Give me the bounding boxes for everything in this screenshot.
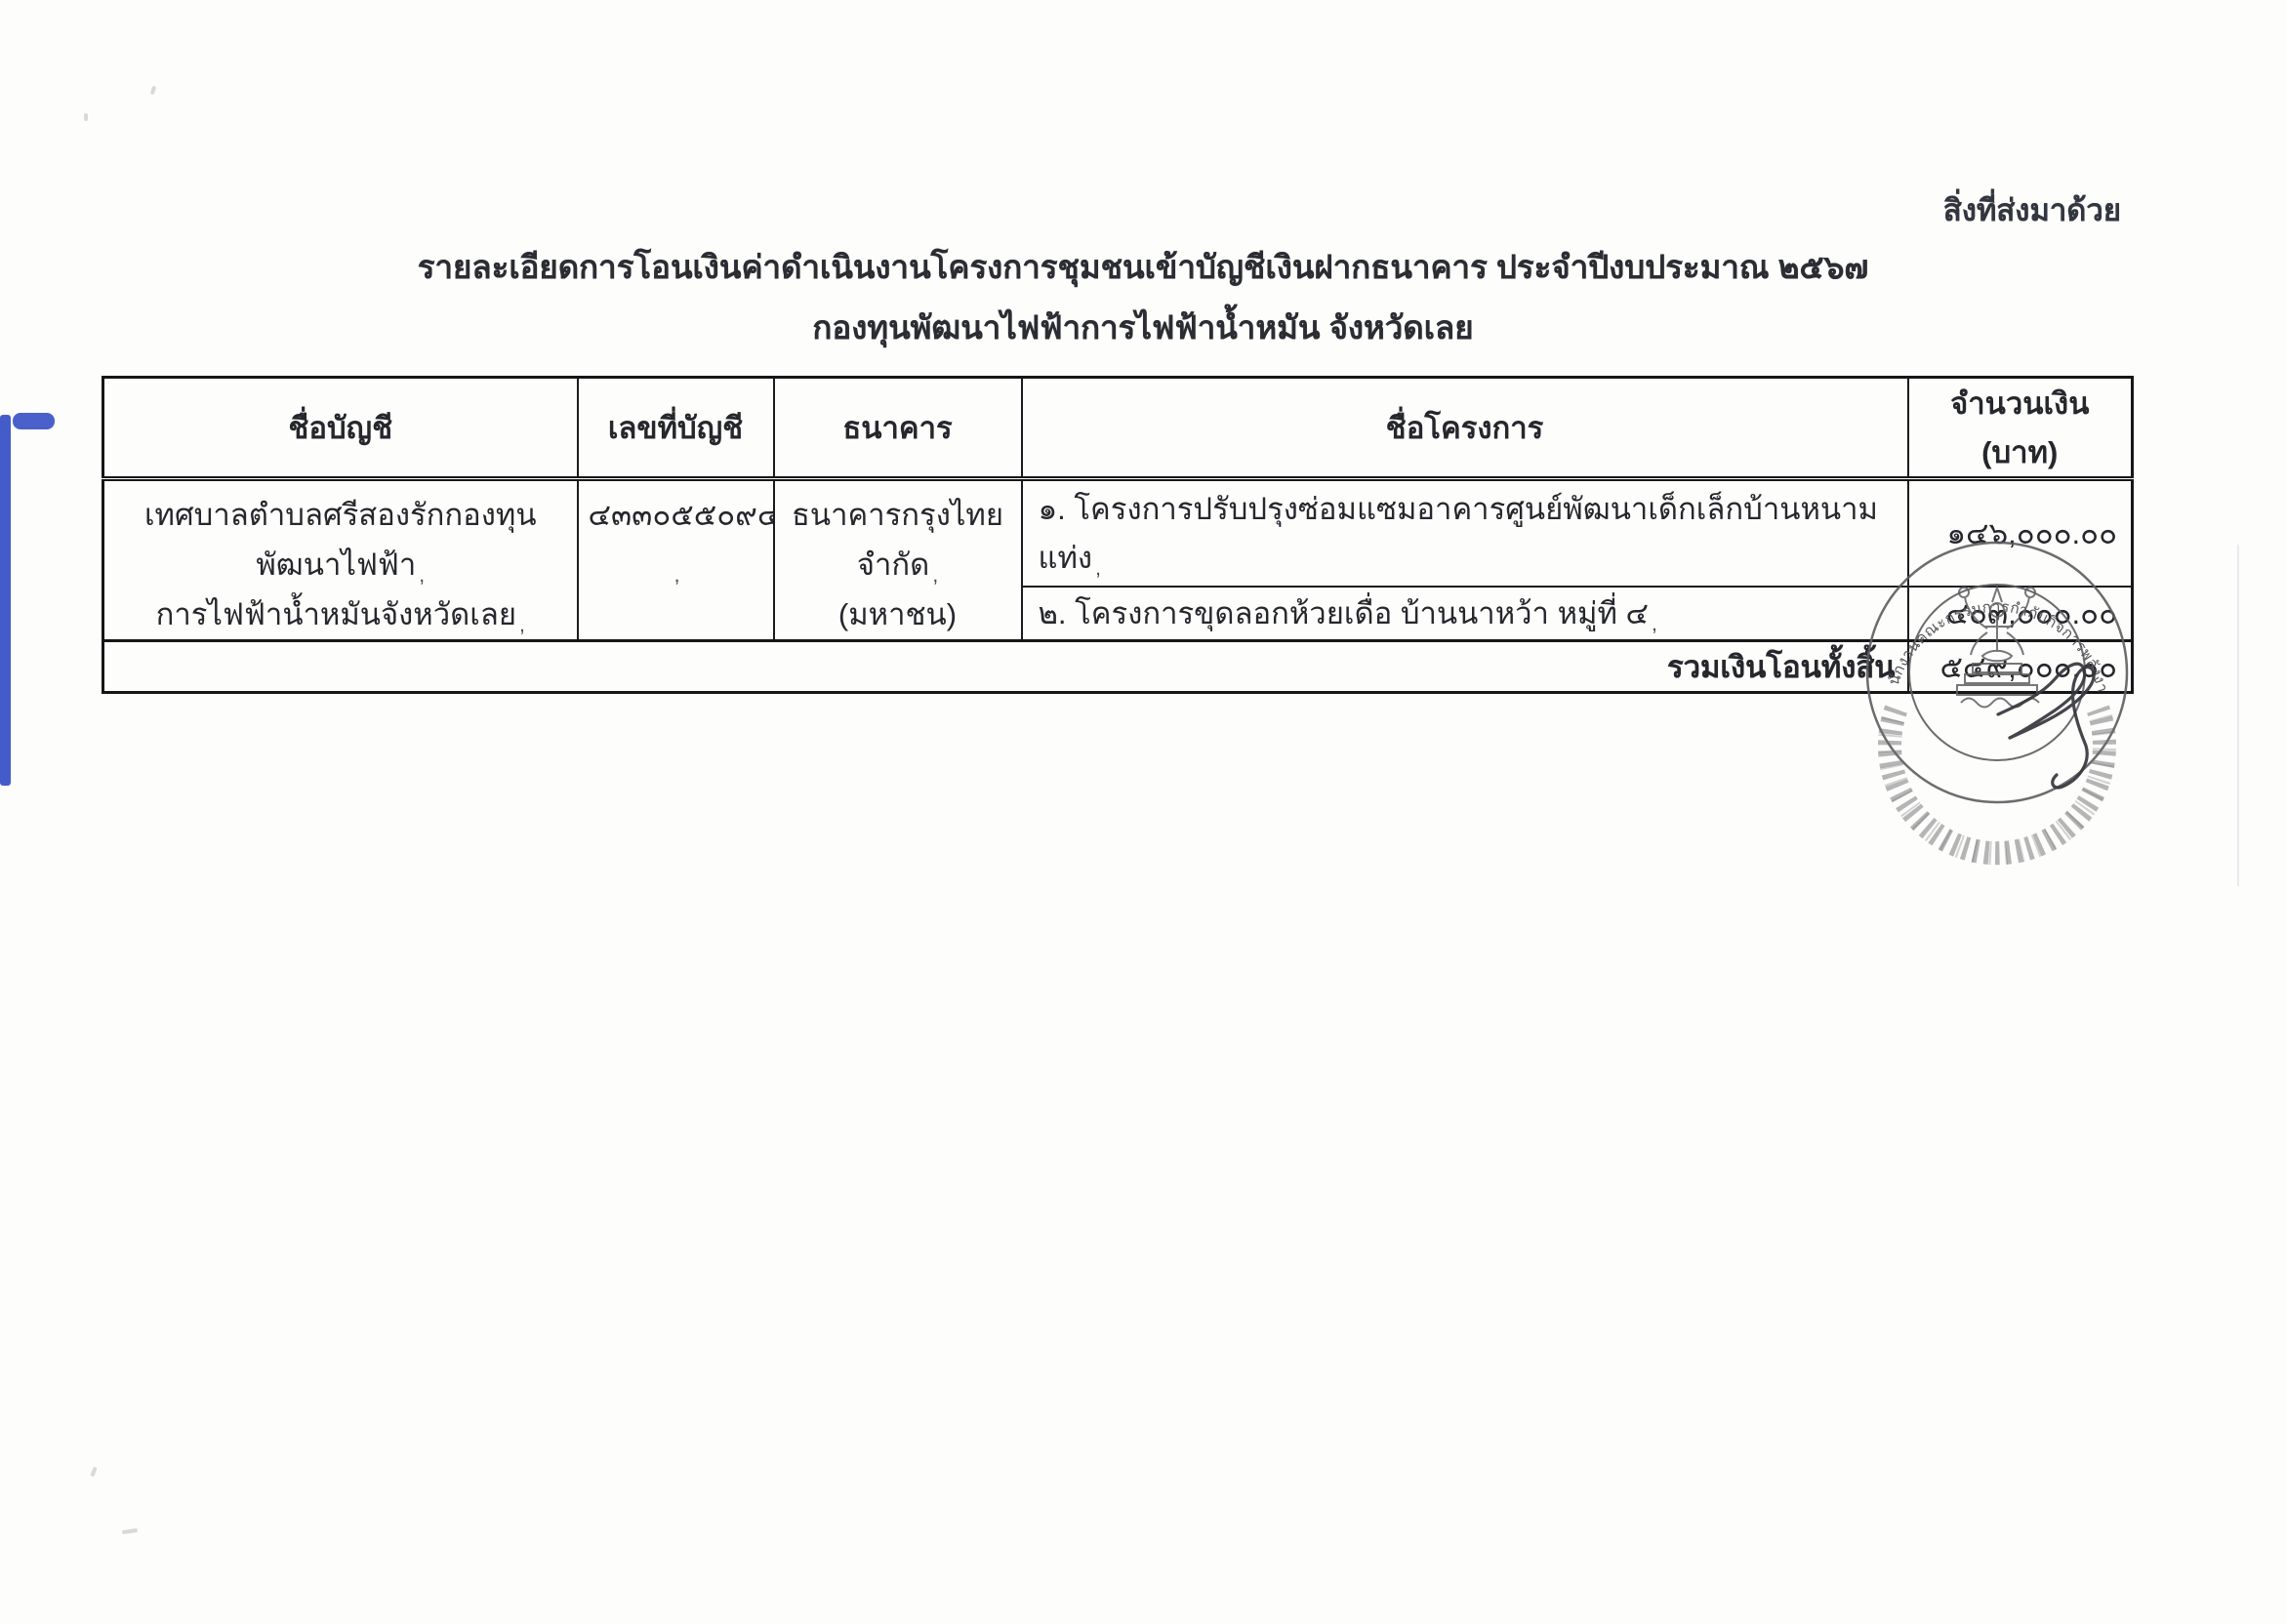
transfer-details-table: ชื่อบัญชี เลขที่บัญชี ธนาคาร ชื่อโครงการ… xyxy=(102,376,2134,694)
document-title-line1: รายละเอียดการโอนเงินค่าดำเนินงานโครงการช… xyxy=(0,241,2286,293)
account-name-line1: เทศบาลตำบลศรีสองรักกองทุนพัฒนาไฟฟ้า xyxy=(144,498,537,582)
total-label-cell: รวมเงินโอนทั้งสิ้น xyxy=(103,641,1908,693)
project-2-amount-cell: ๔๐๓,๐๐๐.๐๐ xyxy=(1908,587,2133,641)
project-2-amount: ๔๐๓,๐๐๐.๐๐ xyxy=(1946,596,2117,630)
paper-edge-shadow xyxy=(2237,545,2239,886)
table-header-row: ชื่อบัญชี เลขที่บัญชี ธนาคาร ชื่อโครงการ… xyxy=(103,378,2133,479)
document-title-line2: กองทุนพัฒนาไฟฟ้าการไฟฟ้าน้ำหมัน จังหวัดเ… xyxy=(0,302,2286,353)
stamp-flame-ring-texture xyxy=(1890,710,2104,854)
scan-speck xyxy=(90,1467,97,1478)
cloud-base-icon xyxy=(1961,699,2039,708)
bank-cell: ธนาคารกรุงไทย จำกัด, (มหาชน) xyxy=(774,479,1022,641)
project-2-name: ๒. โครงการขุดลอกห้วยเดื่อ บ้านนาหว้า หมู… xyxy=(1039,596,1649,630)
project-2-name-cell: ๒. โครงการขุดลอกห้วยเดื่อ บ้านนาหว้า หมู… xyxy=(1022,587,1908,641)
total-row: รวมเงินโอนทั้งสิ้น ๕๔๙,๐๐๐.๐๐ xyxy=(103,641,2133,693)
header-account-name: ชื่อบัญชี xyxy=(103,378,578,479)
stamp-flame-ring xyxy=(1890,710,2104,854)
scan-speck xyxy=(84,113,88,121)
total-amount-cell: ๕๔๙,๐๐๐.๐๐ xyxy=(1908,641,2133,693)
project-1-amount: ๑๔๖,๐๐๐.๐๐ xyxy=(1946,516,2117,550)
table-row: เทศบาลตำบลศรีสองรักกองทุนพัฒนาไฟฟ้า, การ… xyxy=(103,479,2133,587)
project-1-name-cell: ๑. โครงการปรับปรุงซ่อมแซมอาคารศูนย์พัฒนา… xyxy=(1022,479,1908,587)
header-amount: จำนวนเงิน (บาท) xyxy=(1908,378,2133,479)
account-name-cell: เทศบาลตำบลศรีสองรักกองทุนพัฒนาไฟฟ้า, การ… xyxy=(103,479,578,641)
attachment-label: สิ่งที่ส่งมาด้วย xyxy=(1943,185,2121,234)
scanned-document-page: { "page": { "attachment_label": "สิ่งที่… xyxy=(0,0,2286,1624)
blue-ink-mark-hook xyxy=(13,413,55,429)
bank-name-line2: (มหาชน) xyxy=(838,597,957,631)
header-account-number: เลขที่บัญชี xyxy=(578,378,774,479)
scan-speck xyxy=(122,1528,138,1534)
project-1-amount-cell: ๑๔๖,๐๐๐.๐๐ xyxy=(1908,479,2133,587)
account-number: ๔๓๓๐๕๕๐๙๔๖ xyxy=(589,498,774,532)
project-1-name: ๑. โครงการปรับปรุงซ่อมแซมอาคารศูนย์พัฒนา… xyxy=(1039,492,1878,575)
header-bank: ธนาคาร xyxy=(774,378,1022,479)
header-project-name: ชื่อโครงการ xyxy=(1022,378,1908,479)
blue-ink-mark-vertical xyxy=(0,415,11,786)
scan-speck xyxy=(150,86,157,96)
bank-name-line1: ธนาคารกรุงไทย จำกัด xyxy=(792,498,1003,582)
account-number-cell: ๔๓๓๐๕๕๐๙๔๖, xyxy=(578,479,774,641)
account-name-line2: การไฟฟ้าน้ำหมันจังหวัดเลย xyxy=(156,597,516,631)
